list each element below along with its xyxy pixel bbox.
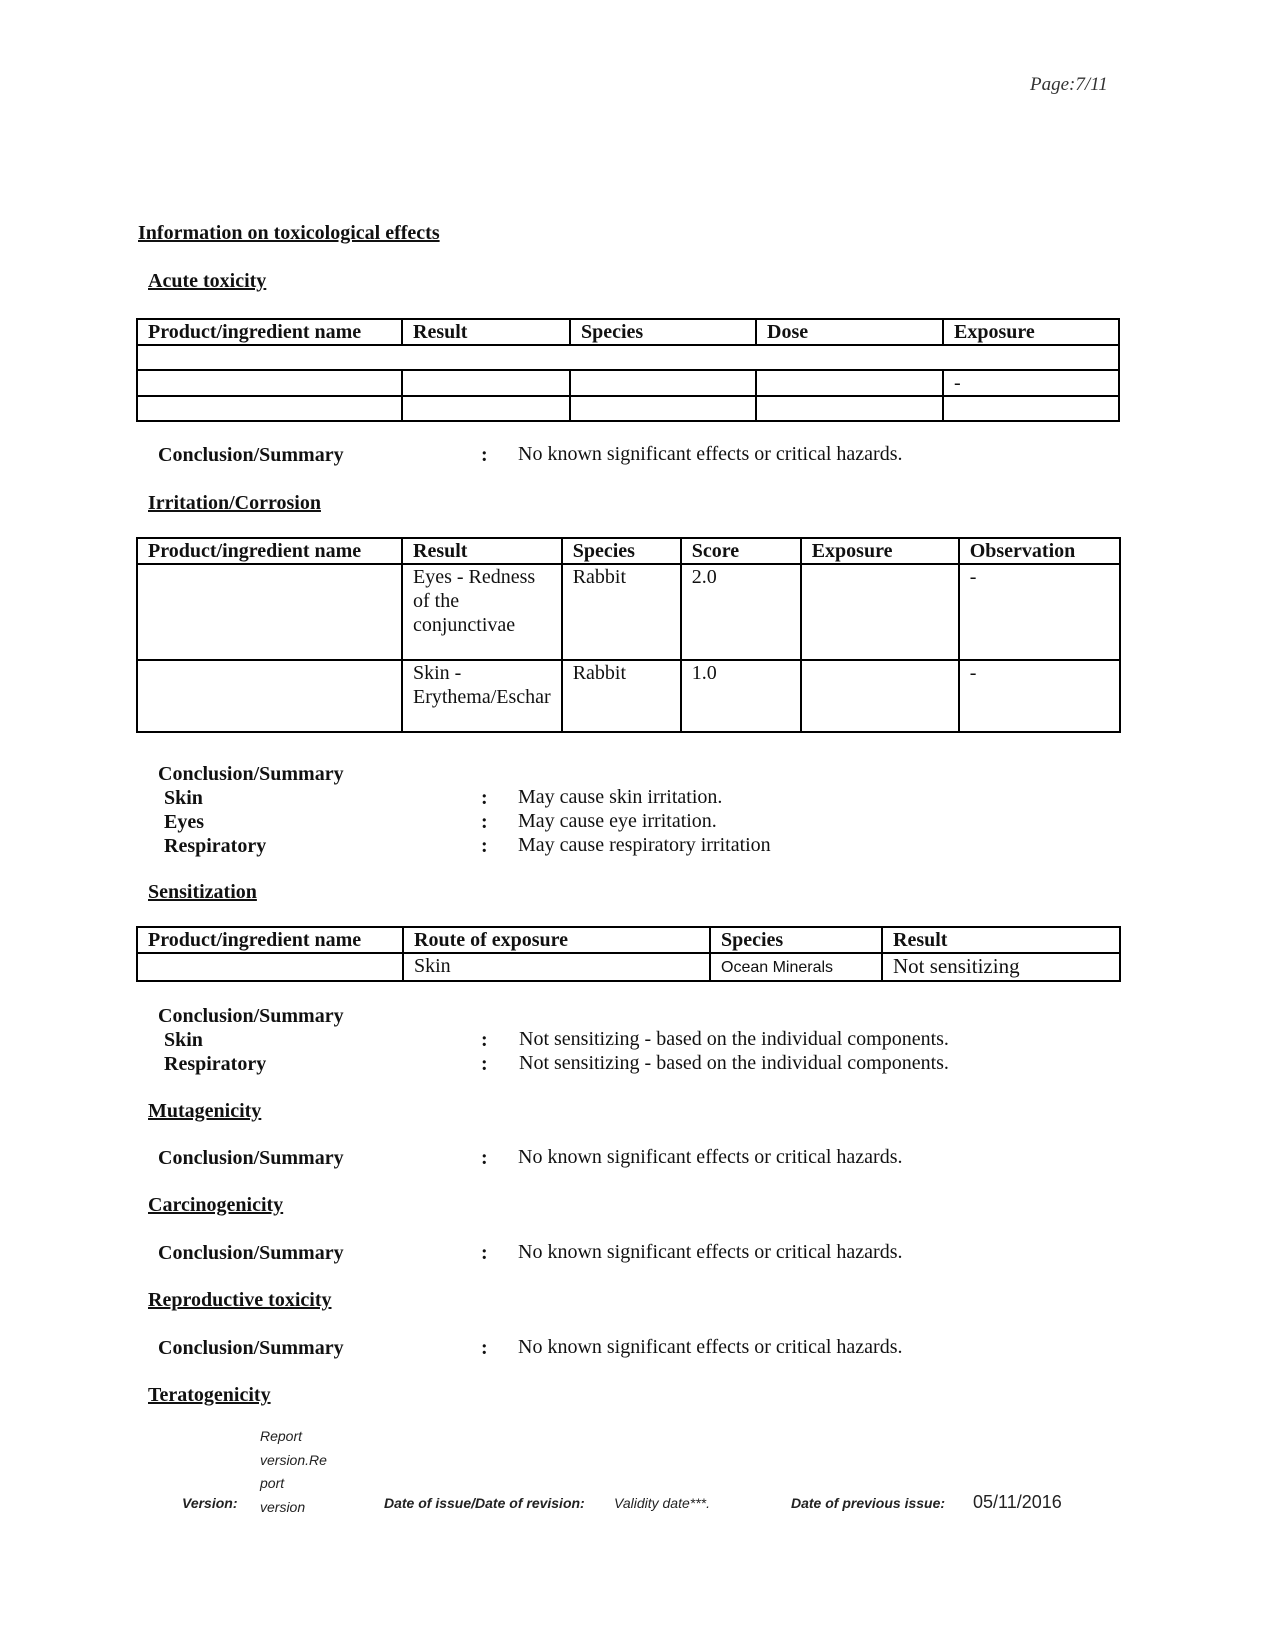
table-row: - — [137, 370, 1119, 396]
footer-issue-label: Date of issue/Date of revision: — [384, 1495, 585, 1511]
value-skin: May cause skin irritation. — [518, 786, 722, 809]
table-cell: - — [959, 660, 1120, 732]
version-line: port — [260, 1472, 327, 1496]
table-cell: 1.0 — [681, 660, 801, 732]
colon: : — [481, 1029, 488, 1052]
footer-version-value: Report version.Re port version — [260, 1425, 327, 1519]
table-cell — [943, 396, 1119, 421]
section-title: Information on toxicological effects — [138, 222, 440, 245]
table-cell: Skin — [403, 953, 710, 981]
table-cell: Rabbit — [562, 660, 681, 732]
col-header: Species — [570, 319, 756, 345]
table-row: Eyes - Redness of the conjunctivae Rabbi… — [137, 564, 1120, 660]
table-cell — [801, 564, 959, 660]
table-cell: - — [959, 564, 1120, 660]
conclusion-value: No known significant effects or critical… — [518, 1241, 903, 1264]
footer-previous-label: Date of previous issue: — [791, 1495, 945, 1511]
version-line: version.Re — [260, 1449, 327, 1473]
table-cell: Skin - Erythema/Eschar — [402, 660, 562, 732]
col-header: Product/ingredient name — [137, 538, 402, 564]
colon: : — [481, 811, 488, 834]
footer-issue-value: Validity date***. — [614, 1495, 710, 1511]
table-cell — [137, 660, 402, 732]
colon: : — [481, 1147, 488, 1170]
footer-previous-value: 05/11/2016 — [973, 1492, 1062, 1513]
colon: : — [481, 1337, 488, 1360]
table-cell — [137, 564, 402, 660]
col-header: Exposure — [943, 319, 1119, 345]
conclusion-label: Conclusion/Summary — [158, 1242, 344, 1265]
colon: : — [481, 1053, 488, 1076]
table-cell — [756, 396, 943, 421]
conclusion-label: Conclusion/Summary — [158, 1337, 344, 1360]
footer-version-label: Version: — [182, 1495, 238, 1511]
col-header: Species — [710, 927, 882, 953]
table-row — [137, 396, 1119, 421]
conclusion-value: No known significant effects or critical… — [518, 1146, 903, 1169]
value-respiratory: Not sensitizing - based on the individua… — [519, 1052, 949, 1075]
table-cell — [570, 370, 756, 396]
table-cell: Eyes - Redness of the conjunctivae — [402, 564, 562, 660]
table-header-row: Product/ingredient name Route of exposur… — [137, 927, 1120, 953]
heading-irritation-corrosion: Irritation/Corrosion — [148, 492, 321, 515]
label-respiratory: Respiratory — [164, 835, 266, 858]
conclusion-label: Conclusion/Summary — [158, 444, 344, 467]
acute-toxicity-table: Product/ingredient name Result Species D… — [136, 318, 1120, 422]
heading-reproductive-toxicity: Reproductive toxicity — [148, 1289, 332, 1312]
table-cell — [402, 370, 570, 396]
col-header: Product/ingredient name — [137, 319, 402, 345]
value-skin: Not sensitizing - based on the individua… — [519, 1028, 949, 1051]
col-header: Product/ingredient name — [137, 927, 403, 953]
table-header-row: Product/ingredient name Result Species S… — [137, 538, 1120, 564]
irritation-table: Product/ingredient name Result Species S… — [136, 537, 1121, 733]
conclusion-value: No known significant effects or critical… — [518, 1336, 903, 1359]
label-eyes: Eyes — [164, 811, 204, 834]
col-header: Result — [882, 927, 1120, 953]
heading-mutagenicity: Mutagenicity — [148, 1100, 261, 1123]
table-cell: Rabbit — [562, 564, 681, 660]
table-cell — [570, 396, 756, 421]
label-respiratory: Respiratory — [164, 1053, 266, 1076]
table-cell — [402, 396, 570, 421]
table-cell — [801, 660, 959, 732]
table-cell: Not sensitizing — [882, 953, 1120, 981]
col-header: Dose — [756, 319, 943, 345]
conclusion-label: Conclusion/Summary — [158, 763, 344, 786]
table-cell — [137, 345, 1119, 370]
col-header: Exposure — [801, 538, 959, 564]
conclusion-label: Conclusion/Summary — [158, 1147, 344, 1170]
table-cell — [137, 396, 402, 421]
conclusion-value: No known significant effects or critical… — [518, 443, 903, 466]
value-eyes: May cause eye irritation. — [518, 810, 717, 833]
table-row — [137, 345, 1119, 370]
table-row: Skin Ocean Minerals Not sensitizing — [137, 953, 1120, 981]
sensitization-table: Product/ingredient name Route of exposur… — [136, 926, 1121, 982]
table-cell — [137, 370, 402, 396]
colon: : — [481, 1242, 488, 1265]
label-skin: Skin — [164, 1029, 203, 1052]
page-number: Page:7/11 — [1030, 74, 1108, 96]
version-line: Report — [260, 1425, 327, 1449]
conclusion-label: Conclusion/Summary — [158, 1005, 344, 1028]
colon: : — [481, 444, 488, 467]
version-line: version — [260, 1496, 327, 1520]
col-header: Result — [402, 538, 562, 564]
col-header: Route of exposure — [403, 927, 710, 953]
col-header: Species — [562, 538, 681, 564]
table-cell — [756, 370, 943, 396]
table-header-row: Product/ingredient name Result Species D… — [137, 319, 1119, 345]
col-header: Result — [402, 319, 570, 345]
table-cell — [137, 953, 403, 981]
heading-sensitization: Sensitization — [148, 881, 257, 904]
colon: : — [481, 835, 488, 858]
table-cell: Ocean Minerals — [710, 953, 882, 981]
species-value: Ocean Minerals — [721, 959, 833, 976]
col-header: Score — [681, 538, 801, 564]
col-header: Observation — [959, 538, 1120, 564]
colon: : — [481, 787, 488, 810]
heading-carcinogenicity: Carcinogenicity — [148, 1194, 283, 1217]
label-skin: Skin — [164, 787, 203, 810]
table-row: Skin - Erythema/Eschar Rabbit 1.0 - — [137, 660, 1120, 732]
table-cell: - — [943, 370, 1119, 396]
heading-acute-toxicity: Acute toxicity — [148, 270, 266, 293]
heading-teratogenicity: Teratogenicity — [148, 1384, 271, 1407]
table-cell: 2.0 — [681, 564, 801, 660]
value-respiratory: May cause respiratory irritation — [518, 834, 771, 857]
